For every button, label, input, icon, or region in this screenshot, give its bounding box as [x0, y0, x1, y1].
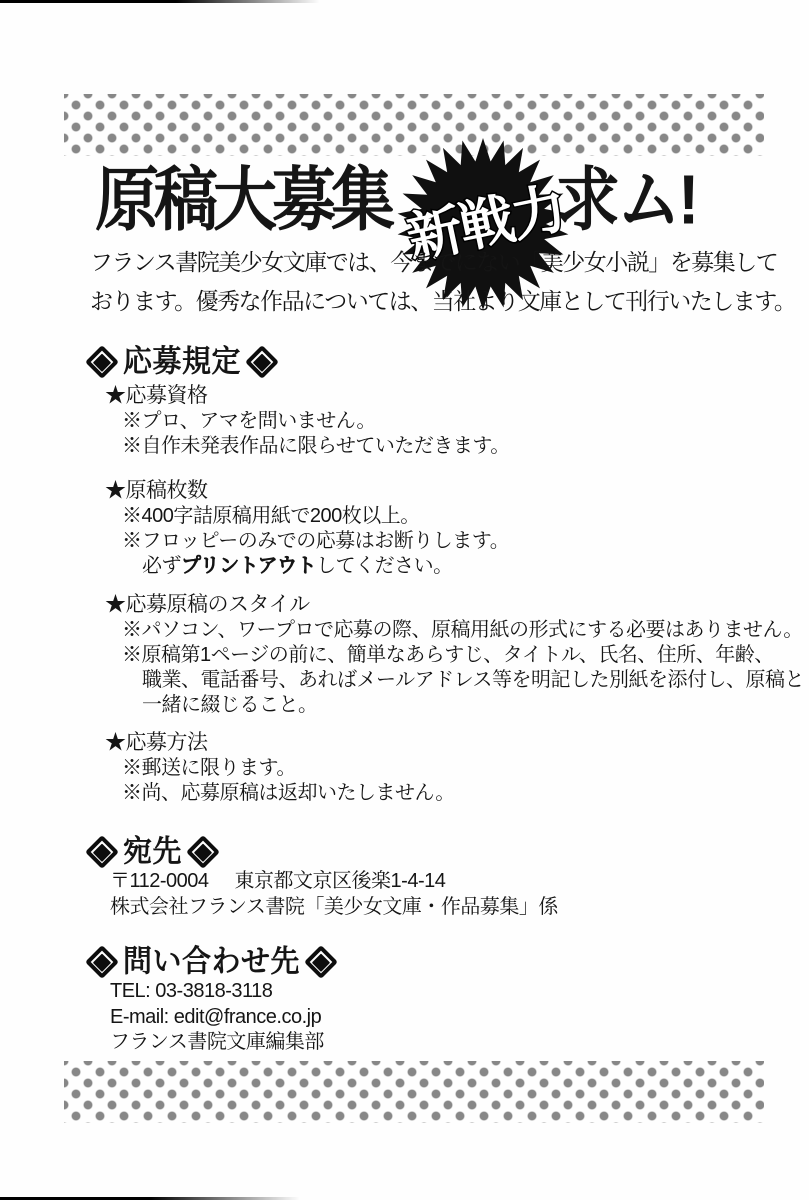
- note-line-emphasis: 必ずプリントアウトしてください。: [90, 554, 770, 579]
- note-line: ※郵送に限ります。: [90, 756, 770, 781]
- note-line: ※パソコン、ワープロで応募の際、原稿用紙の形式にする必要はありません。: [90, 618, 770, 643]
- halftone-band-bottom: [64, 1061, 764, 1123]
- item-title-page-count: ★原稿枚数: [90, 478, 770, 504]
- contact-department: フランス書院文庫編集部: [90, 1030, 770, 1056]
- diamond-icon: [85, 345, 119, 379]
- emphasis-pre: 必ず: [142, 555, 181, 577]
- item-title-method: ★応募方法: [90, 730, 770, 756]
- guidelines-heading-label: 応募規定: [123, 344, 241, 380]
- intro-line: おります。優秀な作品については、当社より文庫として刊行いたします。: [90, 282, 770, 321]
- item-title-qualification: ★応募資格: [90, 383, 770, 409]
- intro-paragraph: フランス書院美少女文庫では、今までにない「美少女小説」を募集して おります。優秀…: [90, 243, 770, 321]
- diamond-icon: [304, 945, 338, 979]
- contact-email: E-mail: edit@france.co.jp: [90, 1005, 770, 1031]
- diamond-icon: [186, 835, 220, 869]
- note-line: 職業、電話番号、あればメールアドレス等を明記した別紙を添付し、原稿と: [90, 668, 770, 693]
- postal-code: 〒112-0004: [110, 870, 209, 892]
- note-line: ※プロ、アマを問いません。: [90, 409, 770, 434]
- intro-line: フランス書院美少女文庫では、今までにない「美少女小説」を募集して: [90, 243, 770, 282]
- note-line: ※尚、応募原稿は返却いたしません。: [90, 781, 770, 806]
- note-line: ※自作未発表作品に限らせていただきます。: [90, 434, 770, 459]
- contact-heading-label: 問い合わせ先: [123, 944, 300, 980]
- street-address: 東京都文京区後楽1-4-14: [235, 870, 446, 892]
- page-title-main: 原稿大募集: [95, 150, 390, 240]
- note-line: ※原稿第1ページの前に、簡単なあらすじ、タイトル、氏名、住所、年齢、: [90, 643, 770, 668]
- recipient-company-line: 株式会社フランス書院「美少女文庫・作品募集」係: [90, 895, 770, 921]
- recipient-heading: 宛先: [90, 835, 770, 869]
- scan-edge-top: [0, 0, 320, 3]
- contact-tel: TEL: 03-3818-3118: [90, 979, 770, 1005]
- note-line: ※フロッピーのみでの応募はお断りします。: [90, 529, 770, 554]
- emphasis-post: してください。: [316, 555, 453, 577]
- diamond-icon: [85, 835, 119, 869]
- emphasis-bold: プリントアウト: [181, 555, 316, 577]
- page-content: フランス書院美少女文庫では、今までにない「美少女小説」を募集して おります。優秀…: [90, 243, 770, 1056]
- note-line: 一緒に綴じること。: [90, 693, 770, 718]
- recipient-address-line: 〒112-0004東京都文京区後楽1-4-14: [90, 869, 770, 895]
- scanned-page: 原稿大募集 新戦力 求ム! フランス書院美少女文庫では、今までにない「美少女小説…: [0, 0, 809, 1200]
- page-title-suffix: 求ム!: [556, 150, 696, 240]
- item-title-style: ★応募原稿のスタイル: [90, 592, 770, 618]
- contact-heading: 問い合わせ先: [90, 945, 770, 979]
- diamond-icon: [85, 945, 119, 979]
- diamond-icon: [245, 345, 279, 379]
- recipient-heading-label: 宛先: [123, 834, 182, 870]
- guidelines-heading: 応募規定: [90, 345, 770, 379]
- note-line: ※400字詰原稿用紙で200枚以上。: [90, 504, 770, 529]
